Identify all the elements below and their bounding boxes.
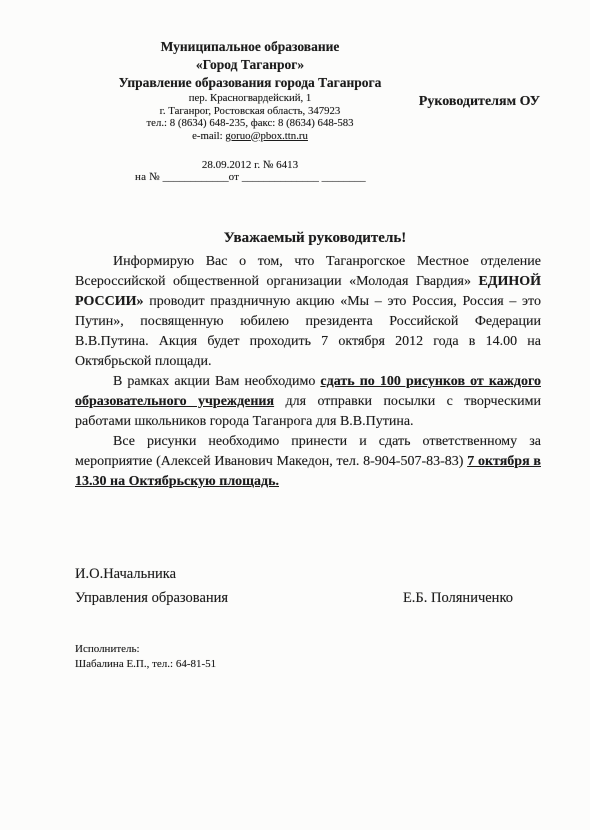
ref-blank-date: ______________ ________ (239, 171, 366, 183)
phone-fax-line: тел.: 8 (8634) 648-235, факс: 8 (8634) 6… (88, 117, 412, 130)
email-line: e-mail: goruo@pbox.ttn.ru (88, 130, 412, 143)
executor-label: Исполнитель: (75, 642, 216, 657)
signer-position: И.О.Начальника Управления образования (75, 562, 228, 610)
reference-line: на № ____________от ______________ _____… (135, 171, 366, 183)
address-line-1: пер. Красногвардейский, 1 (88, 92, 412, 105)
signer-name: Е.Б. Поляниченко (403, 586, 513, 610)
signature-block: И.О.Начальника Управления образования Е.… (75, 562, 513, 610)
letter-body: Информирую Вас о том, что Таганрогское М… (75, 252, 541, 492)
signer-position-line-2: Управления образования (75, 586, 228, 610)
ref-from-label: от (229, 171, 240, 183)
body-paragraph-1: Информирую Вас о том, что Таганрогское М… (75, 252, 541, 372)
ref-prefix: на № (135, 171, 160, 183)
scanned-letter-page: Муниципальное образование «Город Таганро… (0, 0, 590, 830)
email-label: e-mail: (192, 130, 225, 142)
executor-details: Шабалина Е.П., тел.: 64-81-51 (75, 657, 216, 672)
p1-text-cont: проводит праздничную акцию «Мы – это Рос… (75, 294, 541, 369)
p2-text: В рамках акции Вам необходимо (113, 374, 320, 389)
doc-date-number: 28.09.2012 г. № 6413 (88, 159, 412, 171)
body-paragraph-2: В рамках акции Вам необходимо сдать по 1… (75, 372, 541, 432)
executor-block: Исполнитель: Шабалина Е.П., тел.: 64-81-… (75, 642, 216, 672)
org-name-line-2: «Город Таганрог» (88, 56, 412, 74)
salutation: Уважаемый руководитель! (75, 230, 555, 247)
letterhead: Муниципальное образование «Город Таганро… (88, 38, 412, 171)
signer-position-line-1: И.О.Начальника (75, 562, 228, 586)
p1-text: Информирую Вас о том, что Таганрогское М… (75, 254, 541, 289)
ref-blank-number: ____________ (160, 171, 229, 183)
email-address: goruo@pbox.ttn.ru (225, 130, 308, 142)
body-paragraph-3: Все рисунки необходимо принести и сдать … (75, 432, 541, 492)
org-name-line-1: Муниципальное образование (88, 38, 412, 56)
addressee: Руководителям ОУ (419, 94, 540, 110)
org-name-line-3: Управление образования города Таганрога (88, 74, 412, 92)
address-line-2: г. Таганрог, Ростовская область, 347923 (88, 105, 412, 118)
